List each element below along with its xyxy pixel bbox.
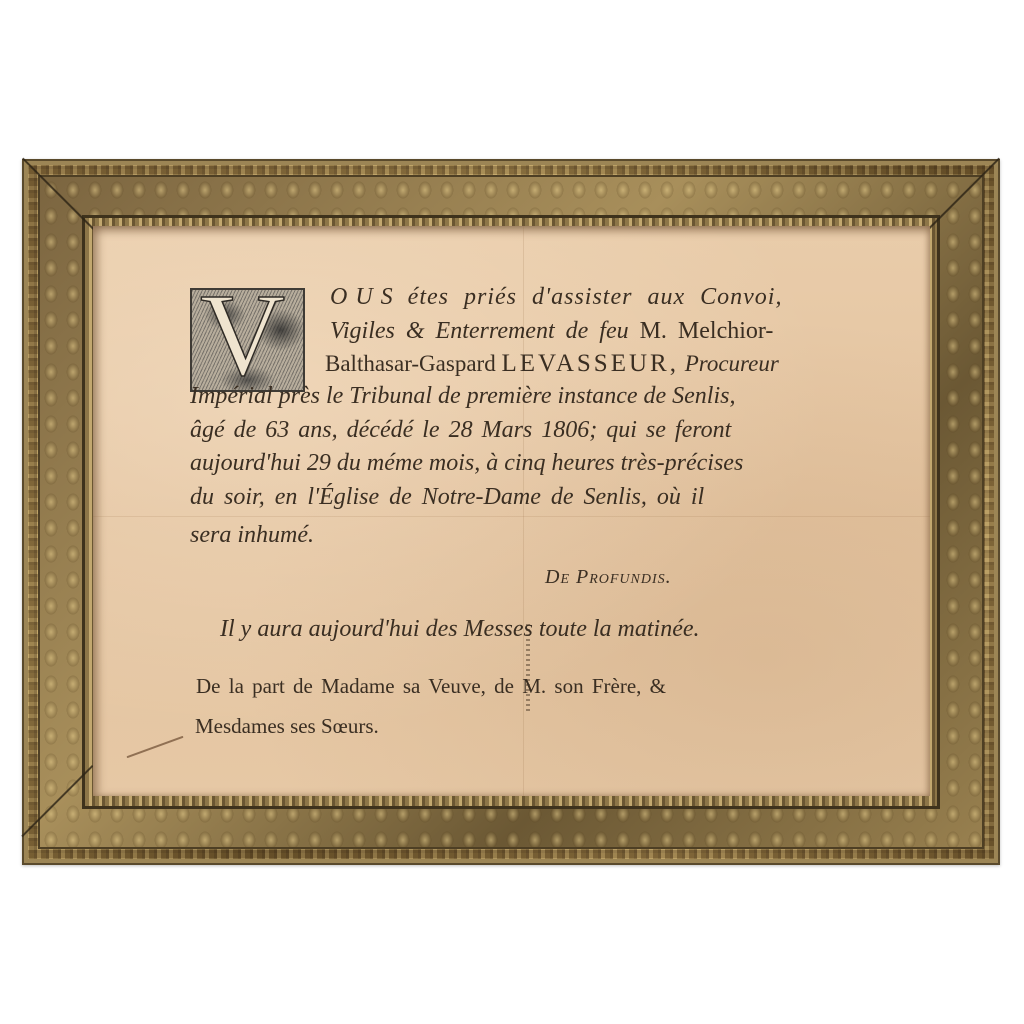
document-paper: V OUS étes priés d'assister aux Convoi, … (93, 226, 930, 796)
line-3-name: LEVASSEUR, (501, 350, 679, 377)
notice-line-1: OUS étes priés d'assister aux Convoi, (330, 284, 782, 311)
line-3-italic: Procureur (685, 351, 779, 376)
pen-stroke-mark (126, 736, 183, 758)
drop-cap-letter: V (200, 288, 285, 392)
notice-line-8: sera inhumé. (190, 522, 314, 549)
from-line-2: Mesdames ses Sœurs. (195, 714, 379, 739)
notice-line-6: aujourd'hui 29 du méme mois, à cinq heur… (190, 450, 743, 477)
notice-line-7: du soir, en l'Église de Notre-Dame de Se… (190, 484, 704, 511)
line-2-roman: M. Melchior- (640, 318, 774, 344)
line-3-roman: Balthasar-Gaspard (325, 351, 496, 376)
de-profundis: De Profundis. (545, 566, 672, 589)
notice-line-3: Balthasar-Gaspard LEVASSEUR, Procureur (325, 350, 779, 378)
fold-line-horizontal (93, 516, 930, 517)
line-1-rest: étes priés d'assister aux Convoi, (408, 284, 783, 310)
from-line-1: De la part de Madame sa Veuve, de M. son… (196, 674, 666, 699)
notice-line-4: Impérial près le Tribunal de première in… (190, 383, 735, 410)
notice-line-5: âgé de 63 ans, décédé le 28 Mars 1806; q… (190, 417, 731, 444)
line-1-caps: OUS (330, 284, 401, 310)
messes-line: Il y aura aujourd'hui des Messes toute l… (220, 616, 700, 643)
woodcut-drop-cap: V (190, 288, 305, 392)
fold-line-vertical (523, 226, 524, 796)
notice-line-2: Vigiles & Enterrement de feu M. Melchior… (330, 318, 773, 345)
handwritten-margin-notes (145, 286, 161, 486)
line-2-italic: Vigiles & Enterrement de feu (330, 318, 629, 344)
